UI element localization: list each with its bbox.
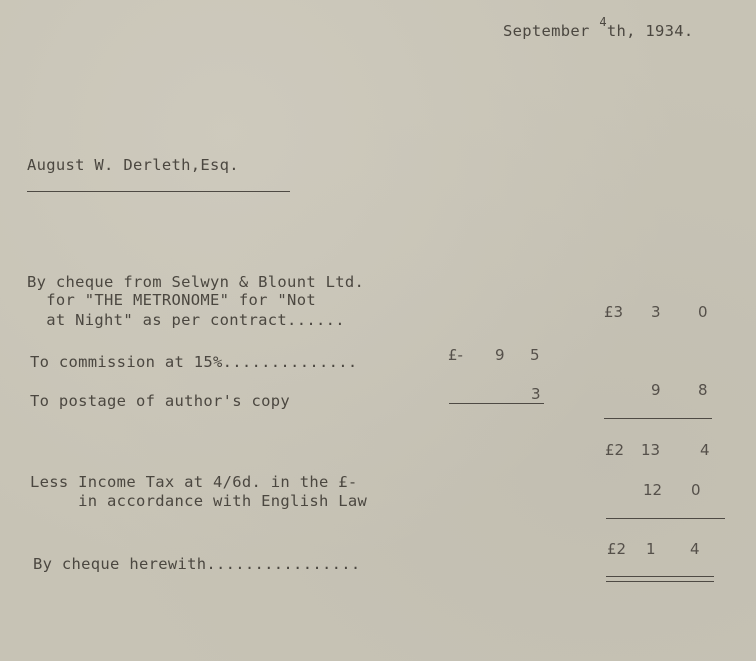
subtotal-pence: 4 [700, 441, 710, 459]
letter-page: September 4th, 1934. August W. Derleth,E… [0, 0, 756, 661]
total-shillings: 1 [646, 540, 656, 558]
deductions-pence: 8 [698, 381, 708, 399]
entry-postage: To postage of author's copy [30, 391, 290, 411]
selwyn-pence: 0 [698, 303, 708, 321]
total-double-rule-bottom [606, 581, 714, 582]
entry-income-tax-line-2: in accordance with English Law [30, 491, 367, 511]
total-rule [606, 518, 725, 519]
selwyn-pounds: £3 [604, 303, 623, 321]
entry-final-cheque: By cheque herewith................ [33, 554, 360, 574]
entry-income-tax-line-1: Less Income Tax at 4/6d. in the £- [30, 472, 357, 492]
postage-pence: 3 [531, 385, 541, 403]
tax-shillings: 12 [643, 481, 662, 499]
entry-selwyn-line-3: at Night" as per contract...... [27, 310, 345, 330]
subtotal-rule [604, 418, 712, 419]
commission-pence: 5 [530, 346, 540, 364]
total-pounds: £2 [607, 540, 626, 558]
inner-subtotal-rule [449, 403, 544, 404]
commission-shillings: 9 [495, 346, 505, 364]
date-year: 1934. [645, 22, 693, 40]
subtotal-shillings: 13 [641, 441, 660, 459]
total-double-rule-top [606, 576, 714, 577]
selwyn-shillings: 3 [651, 303, 661, 321]
entry-commission: To commission at 15%.............. [30, 352, 357, 372]
entry-selwyn-line-1: By cheque from Selwyn & Blount Ltd. [27, 272, 364, 292]
total-pence: 4 [690, 540, 700, 558]
subtotal-pounds: £2 [605, 441, 624, 459]
commission-pounds: £- [448, 346, 463, 364]
entry-selwyn-line-2: for "THE METRONOME" for "Not [27, 290, 316, 310]
date-suffix: th, [607, 22, 636, 40]
tax-pence: 0 [691, 481, 701, 499]
recipient-underline [27, 191, 290, 192]
recipient-name: August W. Derleth,Esq. [27, 155, 239, 175]
date-line: September 4th, 1934. [503, 16, 694, 41]
deductions-shillings: 9 [651, 381, 661, 399]
date-day: 4 [599, 15, 607, 29]
date-month: September [503, 22, 590, 40]
